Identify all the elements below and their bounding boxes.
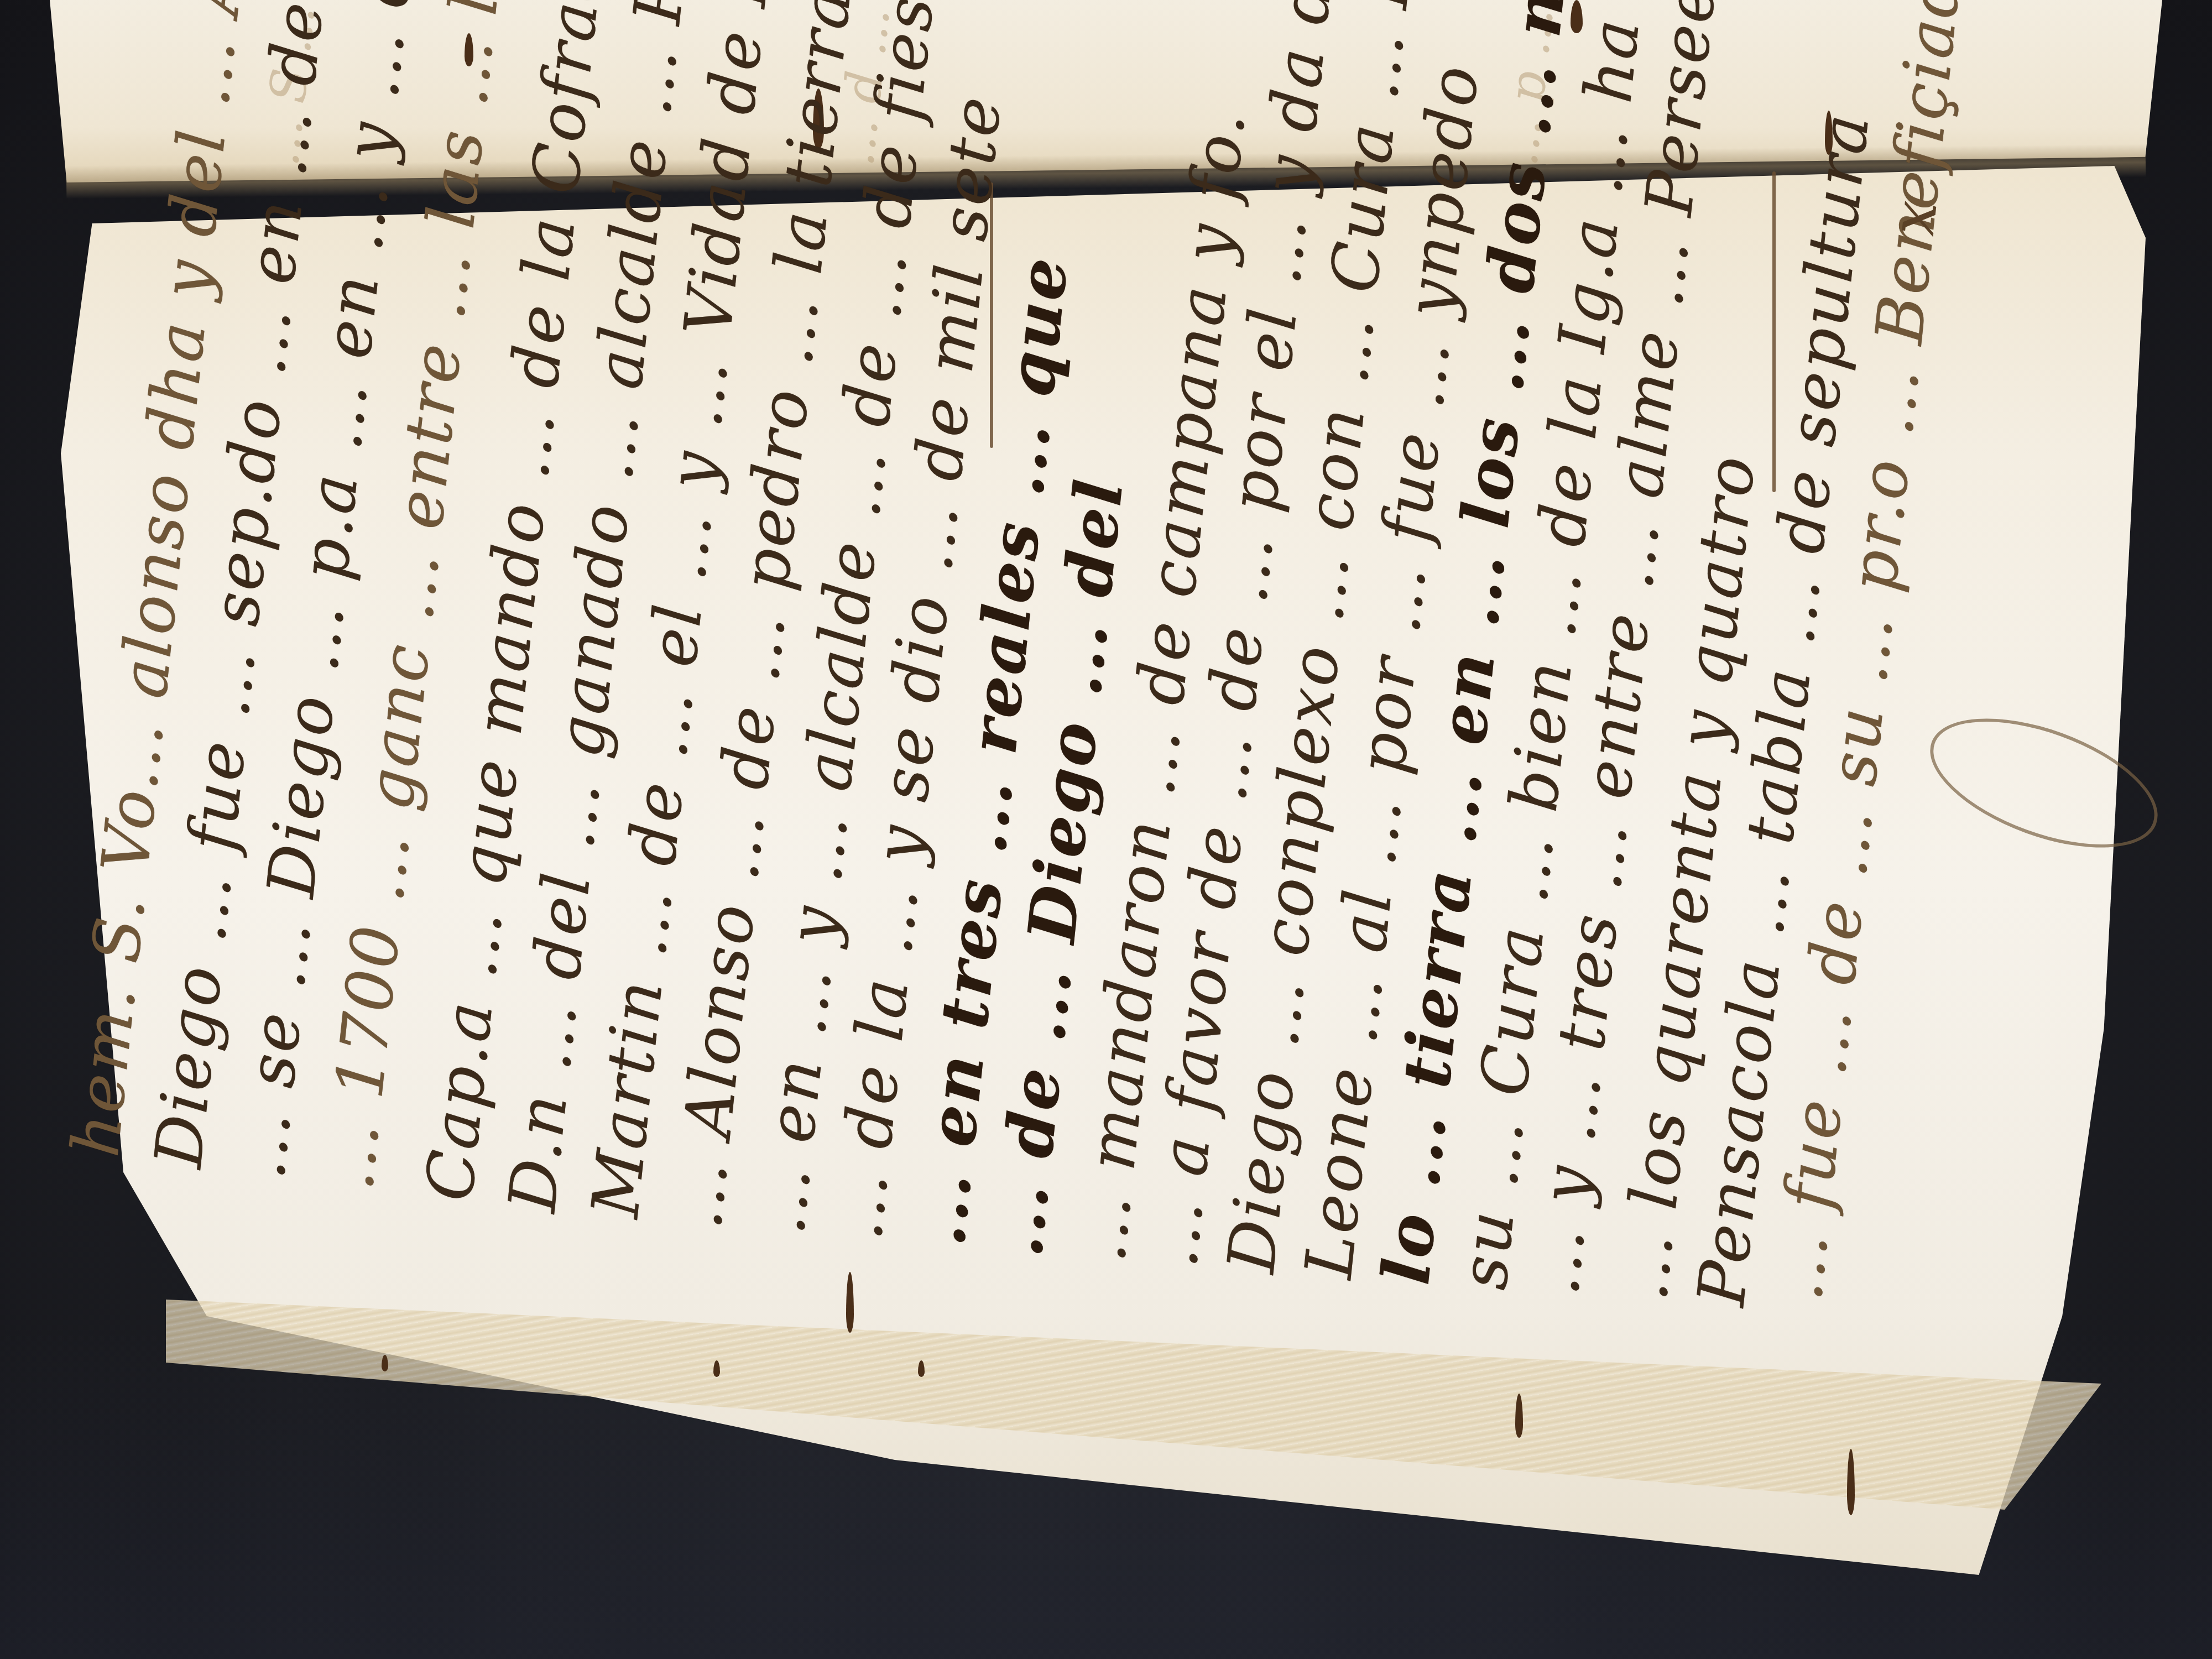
manuscript-text: hem. S. Vo... alonso dha y del ... Ana d…	[100, 221, 2035, 1327]
corner-mark: x	[1877, 197, 1951, 238]
